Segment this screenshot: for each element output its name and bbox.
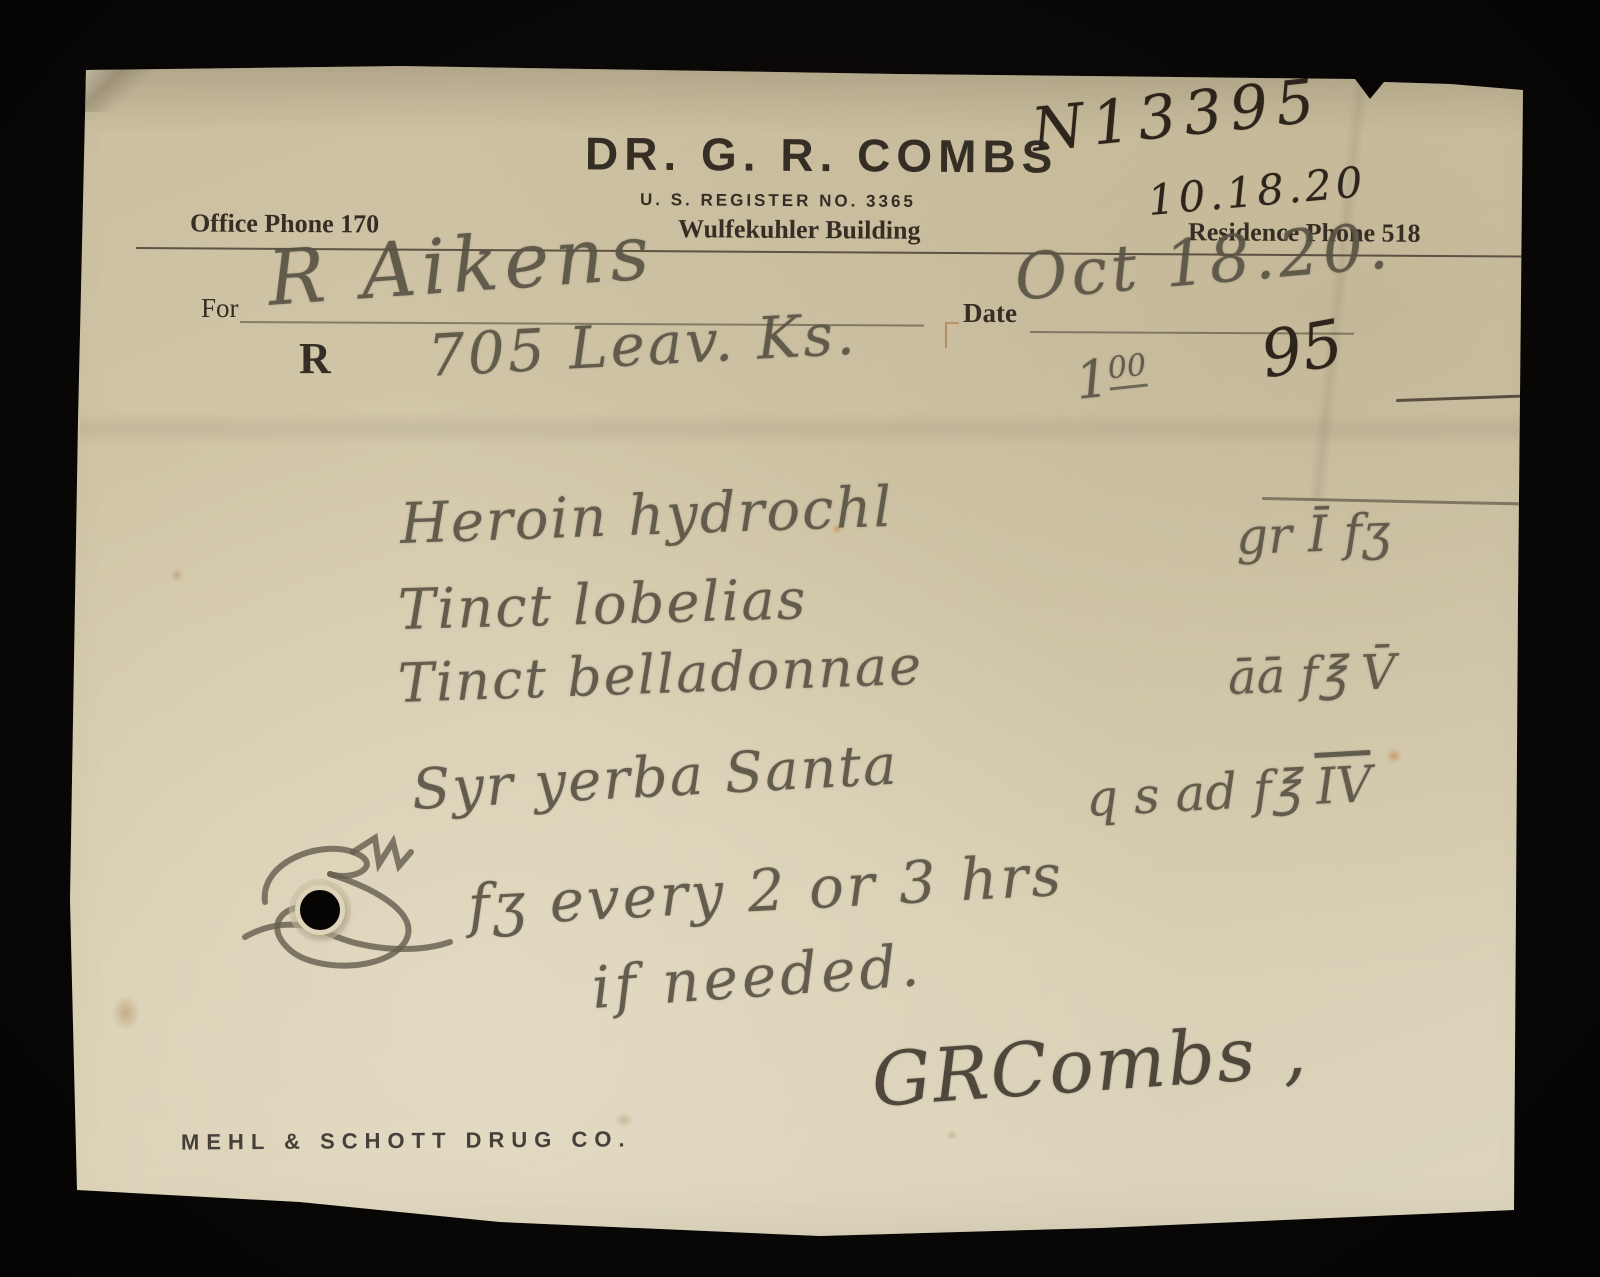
punch-hole bbox=[295, 885, 345, 935]
hw-serial-number: N13395 bbox=[1028, 66, 1325, 166]
printers-mark bbox=[945, 322, 959, 348]
hw-price-ink: 95 bbox=[1256, 306, 1349, 393]
sig-line-2: if needed. bbox=[590, 931, 925, 1022]
photo-stage: DR. G. R. COMBS U. S. REGISTER NO. 3365 … bbox=[0, 0, 1600, 1277]
rx-line-4: Syr yerba Santa bbox=[410, 733, 900, 823]
price-dash-mark bbox=[1396, 393, 1564, 402]
rx-symbol: R bbox=[299, 333, 331, 384]
register-number: U. S. REGISTER NO. 3365 bbox=[640, 190, 916, 212]
rx-qty-4-main: q s ad f℥ bbox=[1084, 759, 1301, 828]
prescription-paper: DR. G. R. COMBS U. S. REGISTER NO. 3365 … bbox=[0, 0, 1600, 1277]
hw-signature: GRCombs , bbox=[869, 1008, 1310, 1124]
diagonal-crease bbox=[1308, 80, 1370, 500]
rx-qty-4-unit: IV bbox=[1315, 755, 1374, 816]
stain bbox=[112, 995, 140, 1031]
rx-qty-1: gr Ī fʒ bbox=[1235, 503, 1391, 566]
horizontal-crease bbox=[80, 412, 1520, 446]
rx-line-3: Tinct belladonnae bbox=[397, 634, 924, 715]
rx-line-1: Heroin hydrochl bbox=[399, 475, 895, 557]
rx-line-2: Tinct lobelias bbox=[397, 567, 808, 643]
hw-patient-address: 705 Leav. Ks. bbox=[426, 300, 859, 390]
hw-price-pencil: 100 bbox=[1073, 345, 1150, 412]
pharmacy-imprint: MEHL & SCHOTT DRUG CO. bbox=[181, 1126, 632, 1155]
rx-qty-4: q s ad f℥ IV bbox=[1084, 755, 1373, 828]
stain bbox=[946, 1130, 958, 1140]
price-cents: 00 bbox=[1106, 348, 1148, 391]
pharmacist-scribble bbox=[235, 822, 505, 1002]
paper-corner-fold bbox=[84, 66, 154, 112]
doctor-name: DR. G. R. COMBS bbox=[585, 126, 1059, 183]
rx-qty-3: āā f℥ V̄ bbox=[1227, 644, 1397, 706]
stain bbox=[1386, 748, 1402, 764]
hw-date: Oct 18.20. bbox=[1012, 209, 1395, 316]
sig-line-1: fʒ every 2 or 3 hrs bbox=[466, 841, 1065, 940]
stain bbox=[170, 568, 184, 582]
date-label: Date bbox=[963, 298, 1017, 329]
for-label: For bbox=[201, 293, 239, 324]
building-name: Wulfekuhler Building bbox=[678, 214, 921, 246]
